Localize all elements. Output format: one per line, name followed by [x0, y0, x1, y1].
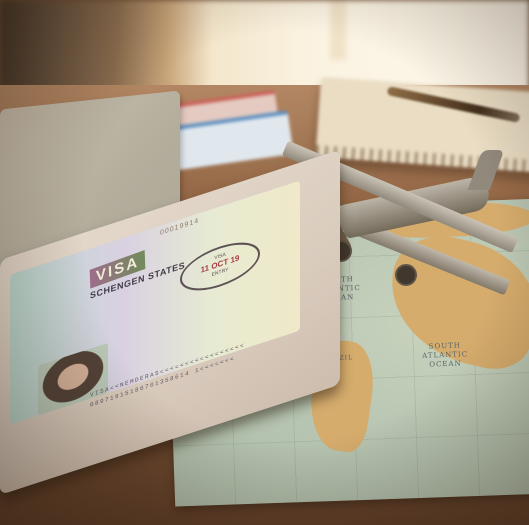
map-label-south-atlantic: SOUTH ATLANTIC OCEAN	[415, 341, 476, 370]
plane-tail	[468, 150, 505, 190]
plane-wheel	[395, 264, 417, 286]
photo-scene: NORTH ATLANTIC OCEAN SOUTH ATLANTIC OCEA…	[0, 0, 529, 525]
passport: 00019914 VISA SCHENGEN STATES VISA 11 OC…	[0, 100, 340, 500]
window-frame	[330, 0, 346, 60]
visa-serial: 00019914	[160, 217, 199, 237]
entry-stamp: VISA 11 OCT 19 ENTRY	[180, 234, 260, 300]
